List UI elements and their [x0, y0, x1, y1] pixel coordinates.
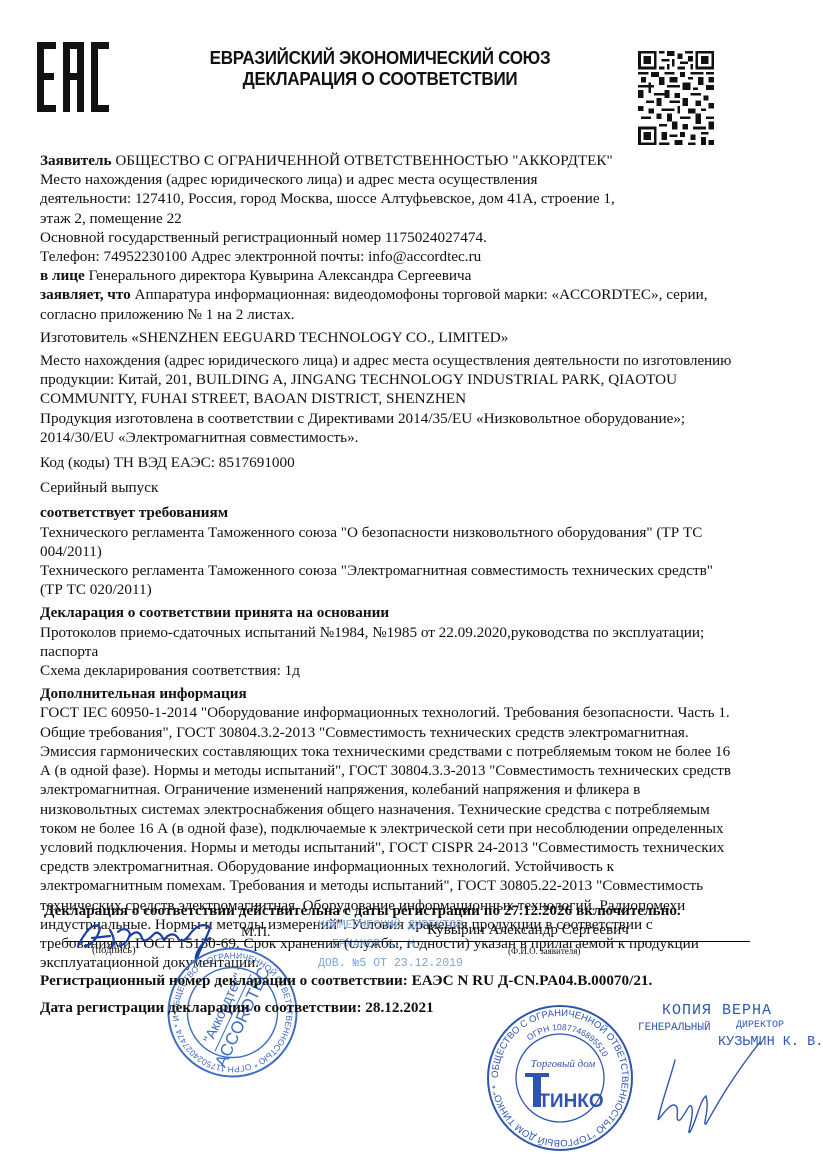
signature-caption: (подпись) — [92, 945, 136, 956]
manufacturer-address-line: продукции: Китай, 201, BUILDING A, JINGA… — [40, 370, 770, 389]
declares-label: заявляет, что — [40, 286, 131, 303]
additional-info-line: током не более 16 А (в одной фазе), подк… — [40, 819, 759, 838]
copy-position-label-2: ДИРЕКТОР — [736, 1020, 784, 1031]
represented-value: Генерального директора Кувырина Александ… — [85, 267, 472, 284]
additional-info-line: Эмиссия гармонических составляющих тока … — [40, 742, 770, 761]
additional-info-line: ГОСТ IEC 60950-1-2014 "Оборудование инфо… — [40, 703, 770, 722]
applicant-address-line: Место нахождения (адрес юридического лиц… — [40, 170, 770, 189]
additional-info-line: низковольтных системах электроснабжения … — [40, 800, 770, 819]
additional-info-heading: Дополнительная информация — [40, 684, 770, 703]
manufacturer-name: Изготовитель «SHENZHEN EEGUARD TECHNOLOG… — [40, 328, 770, 347]
declares-value: Аппаратура информационная: видеодомофоны… — [131, 286, 708, 303]
basis-heading: Декларация о соответствии принята на осн… — [40, 603, 770, 622]
registration-number: Регистрационный номер декларации о соотв… — [40, 972, 652, 990]
directives-line: Продукция изготовлена в соответствии с Д… — [40, 409, 770, 428]
declaration-body: Заявитель ОБЩЕСТВО С ОГРАНИЧЕННОЙ ОТВЕТС… — [40, 151, 770, 972]
applicant-address-line: этаж 2, помещение 22 — [40, 209, 770, 228]
requirement-item: (ТР ТС 020/2011) — [40, 580, 770, 599]
represented-label: в лице — [40, 267, 85, 284]
additional-info-line: условий подключения. Нормы и методы испы… — [40, 838, 770, 857]
manufacturer-address-line: Место нахождения (адрес юридического лиц… — [40, 351, 759, 370]
svg-text:Торговый дом: Торговый дом — [531, 1058, 596, 1070]
declaration-scheme: Схема декларирования соответствия: 1д — [40, 661, 770, 680]
release-type: Серийный выпуск — [40, 478, 770, 497]
declaration-page: ЕВРАЗИЙСКИЙ ЭКОНОМИЧЕСКИЙ СОЮЗ ДЕКЛАРАЦИ… — [0, 0, 823, 1163]
basis-line: Протоколов приемо-сдаточных испытаний №1… — [40, 623, 770, 642]
applicant-label: Заявитель — [40, 152, 112, 169]
requirement-item: Технического регламента Таможенного союз… — [40, 523, 770, 542]
manufacturer-address-line: COMMUNITY, FUHAI STREET, BAOAN DISTRICT,… — [40, 389, 770, 408]
requirement-item: 004/2011) — [40, 542, 770, 561]
basis-line: паспорта — [40, 642, 770, 661]
additional-info-line: электромагнитная. Ограничение изменений … — [40, 780, 770, 799]
applicant-ogrn: Основной государственный регистрационный… — [40, 228, 770, 247]
document-header: ЕВРАЗИЙСКИЙ ЭКОНОМИЧЕСКИЙ СОЮЗ ДЕКЛАРАЦИ… — [196, 47, 564, 89]
additional-info-line: А (в одной фазе). Нормы и методы испытан… — [40, 761, 759, 780]
applicant-name-caption: (Ф.И.О. заявителя) — [508, 946, 580, 956]
registration-date: Дата регистрации декларации о соответств… — [40, 999, 434, 1017]
additional-info-line: электромагнитным помехам. Требования и м… — [40, 876, 770, 895]
represented-by: в лице Генерального директора Кувырина А… — [40, 266, 770, 285]
applicant-name: ОБЩЕСТВО С ОГРАНИЧЕННОЙ ОТВЕТСТВЕННОСТЬЮ… — [112, 152, 613, 169]
copy-certified-label: КОПИЯ ВЕРНА — [662, 1002, 772, 1019]
requirements-heading: соответствует требованиям — [40, 503, 770, 522]
applicant-section: Заявитель ОБЩЕСТВО С ОГРАНИЧЕННОЙ ОТВЕТС… — [40, 151, 770, 170]
header-title-declaration: ДЕКЛАРАЦИЯ О СООТВЕТСТВИИ — [196, 68, 564, 89]
header-title-union: ЕВРАЗИЙСКИЙ ЭКОНОМИЧЕСКИЙ СОЮЗ — [196, 47, 564, 68]
svg-text:ТИНКО: ТИНКО — [538, 1091, 603, 1112]
qr-code-icon — [638, 51, 714, 145]
additional-info-line: средств электромагнитная. Оборудование и… — [40, 857, 770, 876]
applicant-contacts: Телефон: 74952230100 Адрес электронной п… — [40, 247, 770, 266]
declares-line-2: согласно приложению № 1 на 2 листах. — [40, 305, 770, 324]
additional-info-line: Общие требования", ГОСТ 30804.3.2-2013 "… — [40, 723, 770, 742]
seal-place-label: М.П. — [241, 925, 271, 941]
copy-signature-icon — [640, 1040, 770, 1140]
tinko-company-stamp-icon: ОБЩЕСТВО С ОГРАНИЧЕННОЙ ОТВЕТСТВЕННОСТЬЮ… — [485, 1003, 635, 1153]
copy-position-label: ГЕНЕРАЛЬНЫЙ — [638, 1022, 711, 1034]
eac-logo-icon — [37, 42, 109, 112]
requirement-item: Технического регламента Таможенного союз… — [40, 561, 770, 580]
declares-line: заявляет, что Аппаратура информационная:… — [40, 285, 770, 304]
applicant-address-line: деятельности: 127410, Россия, город Моск… — [40, 189, 770, 208]
tn-ved-code: Код (коды) ТН ВЭД ЕАЭС: 8517691000 — [40, 453, 770, 472]
directives-line: 2014/30/EU «Электромагнитная совместимос… — [40, 428, 770, 447]
applicant-full-name: Кувырин Александр Сергеевич — [427, 921, 629, 939]
stamp-line: ДОВ. №5 ОТ 23.12.2019 — [318, 954, 463, 973]
